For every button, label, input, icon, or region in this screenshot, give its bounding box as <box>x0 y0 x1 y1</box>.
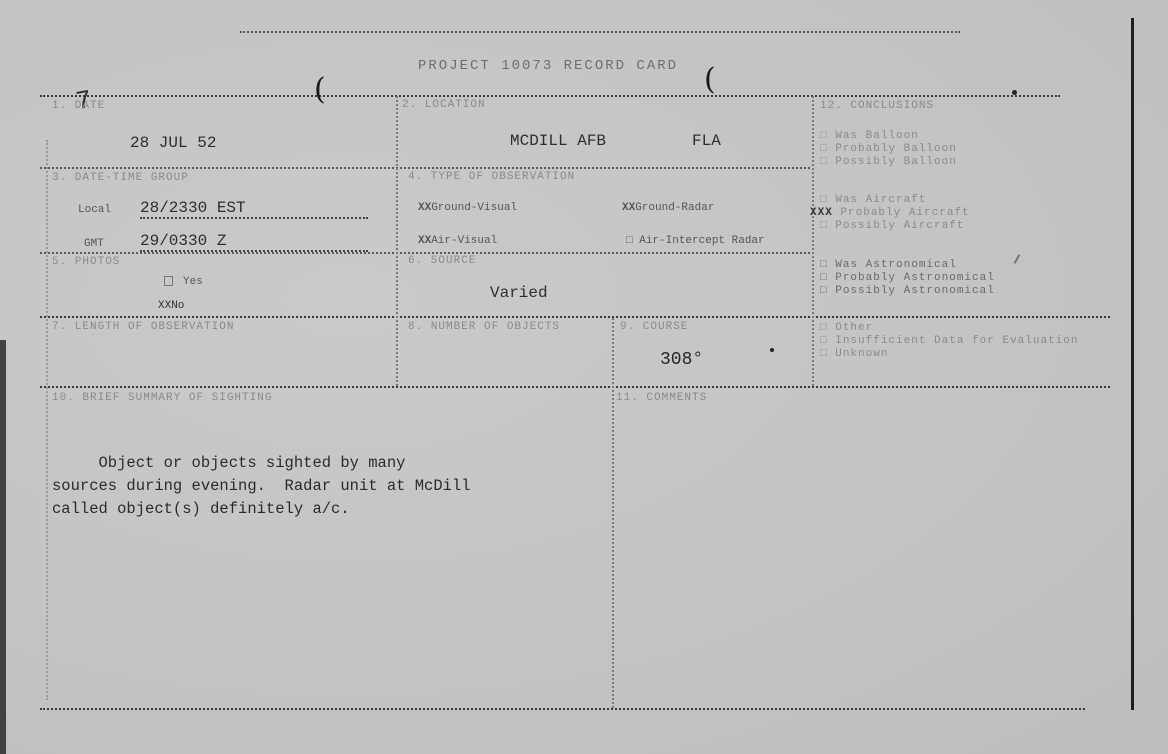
course-value: 308° <box>660 350 703 370</box>
conclusion-insufficient-data[interactable]: □ Insufficient Data for Evaluation <box>820 335 1078 348</box>
obs-air-intercept-radar[interactable]: □ Air-Intercept Radar <box>626 235 765 247</box>
location-label: 2. LOCATION <box>402 99 486 111</box>
conclusion-other[interactable]: □ Other <box>820 322 1078 335</box>
conclusion-option-label: Was Aircraft <box>835 194 926 206</box>
paren-mark-left: ( <box>314 72 326 107</box>
conclusion-was-astronomical[interactable]: □ Was Astronomical <box>820 259 995 272</box>
summary-label: 10. BRIEF SUMMARY OF SIGHTING <box>52 392 272 404</box>
checkbox-icon: □ <box>820 194 828 206</box>
bottom-rule <box>40 708 1085 710</box>
checkbox-mark: XX <box>418 202 431 214</box>
checkbox-icon: □ <box>820 130 828 142</box>
rule-row-2 <box>40 167 810 169</box>
local-time-value: 28/2330 EST <box>140 199 368 219</box>
checkbox-icon: □ <box>820 322 828 334</box>
obs-ground-visual[interactable]: XXGround-Visual <box>418 202 517 214</box>
checkbox-mark: □ <box>626 235 633 247</box>
conclusion-was-balloon[interactable]: □ Was Balloon <box>820 130 957 143</box>
conclusion-option-label: Probably Astronomical <box>835 272 995 284</box>
gmt-time-label: GMT <box>84 238 104 250</box>
checkbox-icon: □ <box>820 220 828 232</box>
conclusion-group-aircraft: □ Was Aircraft XXX Probably Aircraft □ P… <box>820 194 970 233</box>
length-label: 7. LENGTH OF OBSERVATION <box>52 321 234 333</box>
rule-row-4 <box>40 316 1110 318</box>
number-of-objects-label: 8. NUMBER OF OBJECTS <box>408 321 560 333</box>
stray-dot <box>770 348 774 352</box>
checkbox-icon: □ <box>820 272 828 284</box>
stray-dot <box>1012 90 1017 95</box>
obs-air-visual[interactable]: XXAir-Visual <box>418 235 497 247</box>
checked-mark: XXX <box>810 207 833 219</box>
vrule-left <box>396 96 398 386</box>
conclusion-option-label: Probably Aircraft <box>840 207 969 219</box>
source-value: Varied <box>490 284 548 302</box>
card-title: PROJECT 10073 RECORD CARD <box>418 58 678 74</box>
course-label: 9. COURSE <box>620 321 688 333</box>
obs-option-label: Ground-Visual <box>431 202 517 214</box>
source-label: 6. SOURCE <box>408 255 476 267</box>
checkbox-icon: □ <box>820 156 828 168</box>
conclusion-option-label: Unknown <box>835 348 888 360</box>
rule-row-1 <box>40 95 1060 97</box>
obs-option-label: Air-Visual <box>431 235 497 247</box>
location-state: FLA <box>692 132 721 150</box>
obs-ground-radar[interactable]: XXGround-Radar <box>622 202 714 214</box>
checkbox-icon <box>164 276 173 286</box>
conclusion-probably-balloon[interactable]: □ Probably Balloon <box>820 143 957 156</box>
checkbox-icon: □ <box>820 285 828 297</box>
local-time-label: Local <box>78 204 111 216</box>
observation-type-label: 4. TYPE OF OBSERVATION <box>408 171 575 183</box>
conclusion-unknown[interactable]: □ Unknown <box>820 348 1078 361</box>
location-value: MCDILL AFB <box>510 132 606 150</box>
conclusion-possibly-balloon[interactable]: □ Possibly Balloon <box>820 156 957 169</box>
conclusion-option-label: Was Balloon <box>835 130 919 142</box>
conclusion-probably-aircraft[interactable]: XXX Probably Aircraft <box>810 207 970 220</box>
conclusion-option-label: Probably Balloon <box>835 143 957 155</box>
conclusion-option-label: Insufficient Data for Evaluation <box>835 335 1078 347</box>
photos-yes-label: Yes <box>183 276 203 288</box>
datetime-label: 3. DATE-TIME GROUP <box>52 172 189 184</box>
conclusion-option-label: Possibly Balloon <box>835 156 957 168</box>
photos-yes-option[interactable]: Yes <box>164 276 203 288</box>
conclusion-option-label: Other <box>835 322 873 334</box>
conclusion-probably-astronomical[interactable]: □ Probably Astronomical <box>820 272 995 285</box>
conclusion-group-balloon: □ Was Balloon □ Probably Balloon □ Possi… <box>820 130 957 169</box>
card-right-border <box>1131 18 1134 710</box>
checkbox-icon: □ <box>820 335 828 347</box>
conclusions-label: 12. CONCLUSIONS <box>820 100 934 112</box>
checkbox-icon: □ <box>820 143 828 155</box>
rule-row-5 <box>40 386 1110 388</box>
summary-text: Object or objects sighted by many source… <box>52 452 612 521</box>
vrule-margin <box>46 140 48 700</box>
scanned-card-background <box>0 0 1168 754</box>
conclusion-was-aircraft[interactable]: □ Was Aircraft <box>820 194 970 207</box>
paren-mark-right: ( <box>704 62 716 97</box>
conclusion-possibly-aircraft[interactable]: □ Possibly Aircraft <box>820 220 970 233</box>
scan-edge-shadow <box>0 340 6 754</box>
gmt-time-value: 29/0330 Z <box>140 232 368 252</box>
conclusion-option-label: Possibly Aircraft <box>835 220 964 232</box>
conclusion-possibly-astronomical[interactable]: □ Possibly Astronomical <box>820 285 995 298</box>
checkbox-icon: □ <box>820 348 828 360</box>
conclusion-option-label: Possibly Astronomical <box>835 285 995 297</box>
rule-row-3 <box>40 252 810 254</box>
obs-option-label: Air-Intercept Radar <box>639 235 764 247</box>
checkbox-mark: XX <box>622 202 635 214</box>
conclusion-group-other: □ Other □ Insufficient Data for Evaluati… <box>820 322 1078 361</box>
checkbox-mark: XX <box>418 235 431 247</box>
checkbox-icon: □ <box>820 259 828 271</box>
date-label: 1. DATE <box>52 100 105 112</box>
vrule-mid <box>612 318 614 708</box>
date-value: 28 JUL 52 <box>130 134 216 152</box>
top-rule <box>240 31 960 33</box>
conclusion-group-astronomical: □ Was Astronomical □ Probably Astronomic… <box>820 259 995 298</box>
conclusion-option-label: Was Astronomical <box>835 259 957 271</box>
comments-label: 11. COMMENTS <box>616 392 707 404</box>
obs-option-label: Ground-Radar <box>635 202 714 214</box>
photos-no-option[interactable]: XXNo <box>158 300 184 312</box>
photos-label: 5. PHOTOS <box>52 256 120 268</box>
vrule-right <box>812 96 814 386</box>
